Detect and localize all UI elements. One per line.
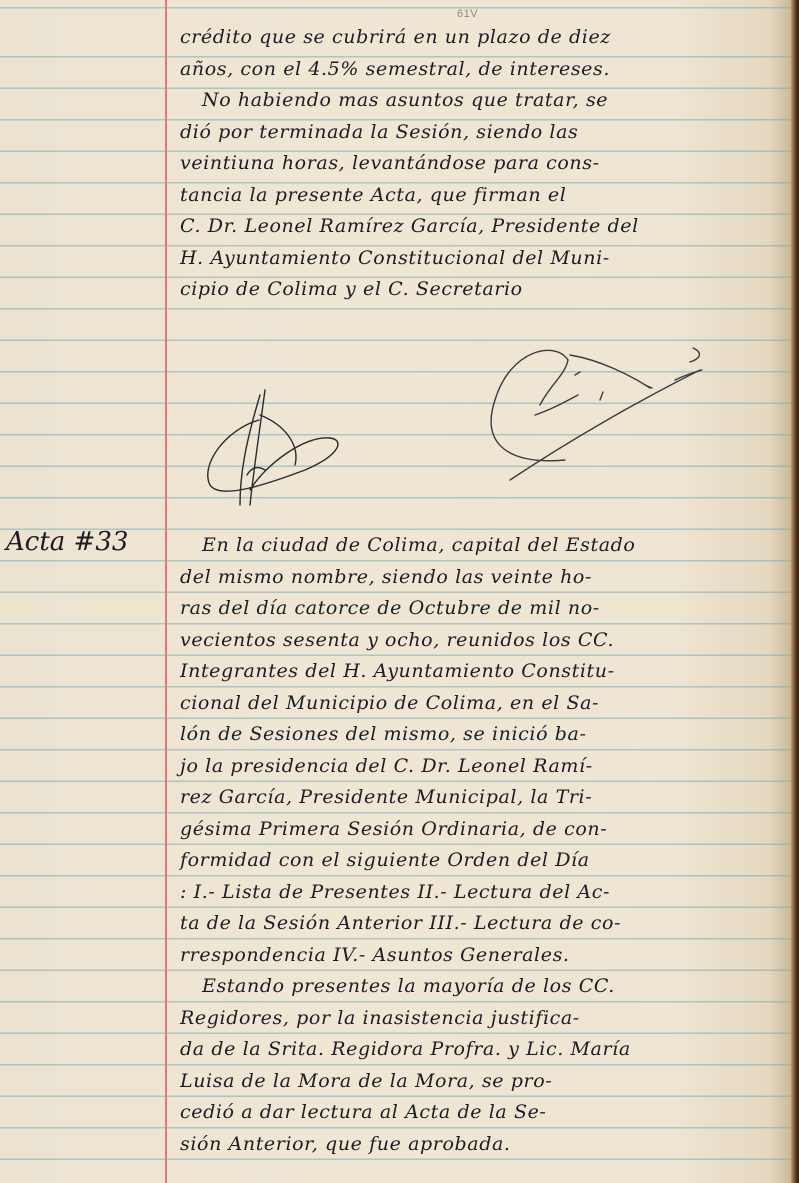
signature-secretary <box>440 330 740 500</box>
text-line: gésima Primera Sesión Ordinaria, de con- <box>180 814 635 846</box>
text-line: lón de Sesiones del mismo, se inició ba- <box>180 719 635 751</box>
text-line: años, con el 4.5% semestral, de interese… <box>180 54 639 86</box>
acta-number-label: Acta #33 <box>6 527 128 557</box>
continuation-text: crédito que se cubrirá en un plazo de di… <box>180 22 639 306</box>
text-line: cional del Municipio de Colima, en el Sa… <box>180 688 635 720</box>
text-line: cedió a dar lectura al Acta de la Se- <box>180 1097 631 1129</box>
text-line: vecientos sesenta y ocho, reunidos los C… <box>180 625 635 657</box>
signature-president <box>195 355 365 515</box>
text-line: del mismo nombre, siendo las veinte ho- <box>180 562 635 594</box>
text-line: tancia la presente Acta, que firman el <box>180 180 639 212</box>
text-line: sión Anterior, que fue aprobada. <box>180 1129 631 1161</box>
text-line: veintiuna horas, levantándose para cons- <box>180 148 639 180</box>
text-line: Luisa de la Mora de la Mora, se pro- <box>180 1066 631 1098</box>
text-line: crédito que se cubrirá en un plazo de di… <box>180 22 639 54</box>
text-line: formidad con el siguiente Orden del Día <box>180 845 635 877</box>
folio-number: 61V <box>457 8 478 20</box>
text-line: : I.- Lista de Presentes II.- Lectura de… <box>180 877 635 909</box>
text-line: H. Ayuntamiento Constitucional del Muni- <box>180 243 639 275</box>
text-line: da de la Srita. Regidora Profra. y Lic. … <box>180 1034 631 1066</box>
text-line: Regidores, por la inasistencia justifica… <box>180 1003 631 1035</box>
text-line: ras del día catorce de Octubre de mil no… <box>180 593 635 625</box>
text-line: rrespondencia IV.- Asuntos Generales. <box>180 940 635 972</box>
text-line: En la ciudad de Colima, capital del Esta… <box>180 530 635 562</box>
text-line: Integrantes del H. Ayuntamiento Constitu… <box>180 656 635 688</box>
text-line: dió por terminada la Sesión, siendo las <box>180 117 639 149</box>
red-margin-line <box>165 0 167 1183</box>
text-line: cipio de Colima y el C. Secretario <box>180 274 639 306</box>
text-line: rez García, Presidente Municipal, la Tri… <box>180 782 635 814</box>
ledger-page: 61V crédito que se cubrirá en un plazo d… <box>0 0 793 1183</box>
acta-paragraph-1: En la ciudad de Colima, capital del Esta… <box>180 530 635 971</box>
book-binding-edge <box>791 0 799 1183</box>
text-line: Estando presentes la mayoría de los CC. <box>180 971 631 1003</box>
text-line: No habiendo mas asuntos que tratar, se <box>180 85 639 117</box>
acta-paragraph-2: Estando presentes la mayoría de los CC. … <box>180 971 631 1160</box>
text-line: ta de la Sesión Anterior III.- Lectura d… <box>180 908 635 940</box>
text-line: jo la presidencia del C. Dr. Leonel Ramí… <box>180 751 635 783</box>
text-line: C. Dr. Leonel Ramírez García, Presidente… <box>180 211 639 243</box>
